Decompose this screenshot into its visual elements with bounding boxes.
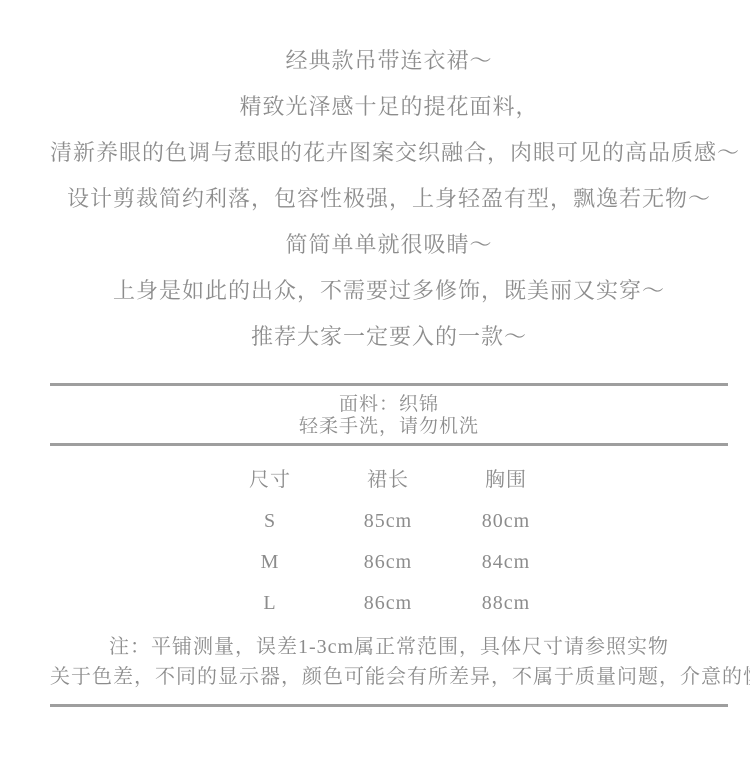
length-value: 86cm [329,583,447,624]
size-table-header-row: 尺寸 裙长 胸围 [211,460,565,501]
bust-value: 88cm [447,583,565,624]
bust-value: 84cm [447,542,565,583]
description-line: 简简单单就很吸睛～ [50,222,728,268]
description-line: 精致光泽感十足的提花面料， [50,84,728,130]
size-value: M [211,542,329,583]
length-value: 86cm [329,542,447,583]
fabric-material: 面料：织锦 [50,394,728,416]
size-table-header: 尺寸 [211,460,329,501]
fabric-section: 面料：织锦 轻柔手洗，请勿机洗 [50,394,728,438]
divider [50,443,728,446]
description-section: 经典款吊带连衣裙～ 精致光泽感十足的提花面料， 清新养眼的色调与惹眼的花卉图案交… [50,0,728,360]
color-disclaimer-note: 关于色差，不同的显示器，颜色可能会有所差异，不属于质量问题，介意的慎拍！ [50,662,728,692]
notes-section: 注：平铺测量，误差1-3cm属正常范围，具体尺寸请参照实物 关于色差，不同的显示… [50,632,728,692]
description-line: 上身是如此的出众，不需要过多修饰，既美丽又实穿～ [50,268,728,314]
length-value: 85cm [329,501,447,542]
description-line: 经典款吊带连衣裙～ [50,38,728,84]
description-line: 推荐大家一定要入的一款～ [50,314,728,360]
fabric-care: 轻柔手洗，请勿机洗 [50,416,728,438]
description-line: 设计剪裁简约利落，包容性极强，上身轻盈有型，飘逸若无物～ [50,176,728,222]
bust-value: 80cm [447,501,565,542]
measurement-note: 注：平铺测量，误差1-3cm属正常范围，具体尺寸请参照实物 [50,632,728,662]
description-line: 清新养眼的色调与惹眼的花卉图案交织融合，肉眼可见的高品质感～ [50,130,728,176]
size-table-header: 裙长 [329,460,447,501]
divider [50,704,728,707]
size-table: 尺寸 裙长 胸围 S 85cm 80cm M 86cm 84cm L 86cm … [211,460,565,624]
size-value: L [211,583,329,624]
table-row: M 86cm 84cm [211,542,565,583]
divider [50,383,728,386]
size-value: S [211,501,329,542]
table-row: S 85cm 80cm [211,501,565,542]
size-table-header: 胸围 [447,460,565,501]
table-row: L 86cm 88cm [211,583,565,624]
product-description-page: 经典款吊带连衣裙～ 精致光泽感十足的提花面料， 清新养眼的色调与惹眼的花卉图案交… [50,0,728,707]
